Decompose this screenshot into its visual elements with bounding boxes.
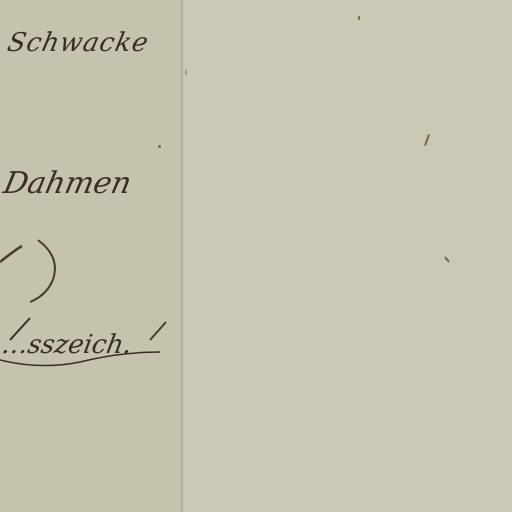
paper-speck xyxy=(158,145,161,148)
paper-speck xyxy=(185,70,187,75)
paper-speck xyxy=(358,16,360,20)
ink-strokes xyxy=(0,0,512,512)
handwritten-line-4: …sszeich. xyxy=(0,330,134,360)
manuscript-page: Schwacke Dahmen …sszeich. xyxy=(0,0,512,512)
